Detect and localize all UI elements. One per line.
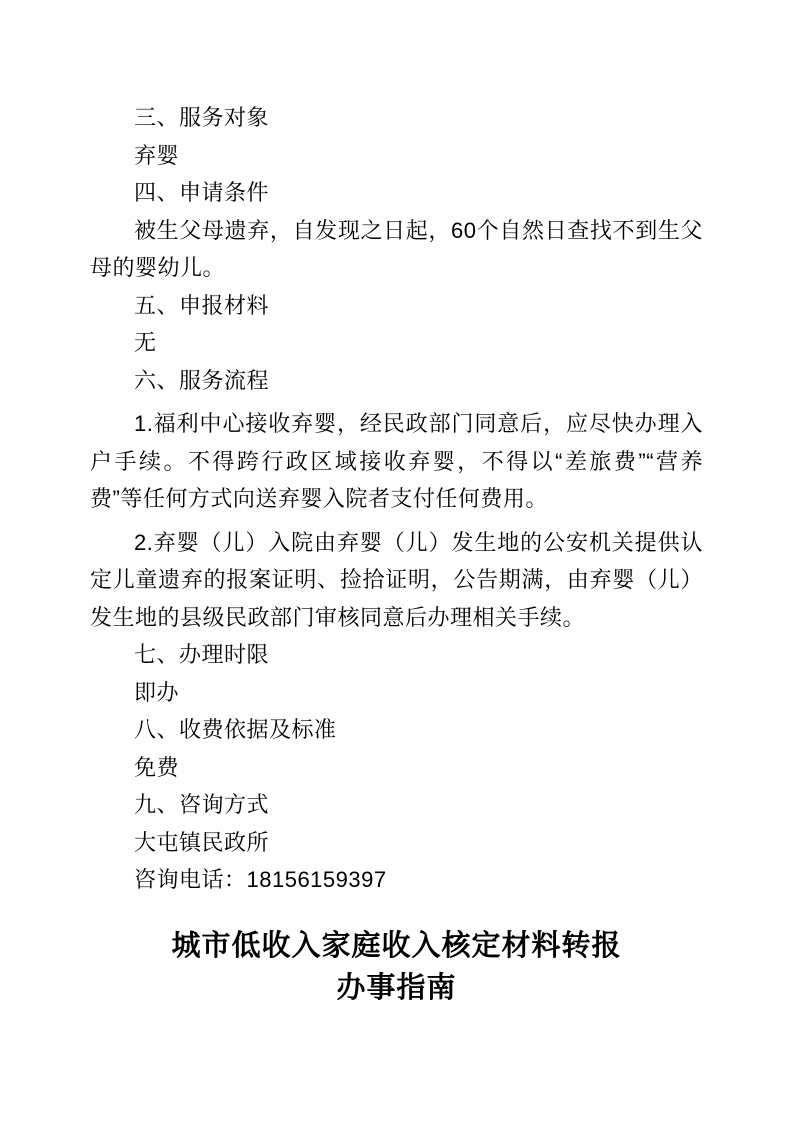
section-heading-application-materials: 五、申报材料 <box>90 287 703 325</box>
body-process-step-1: 1.福利中心接收弃婴，经民政部门同意后，应尽快办理入户手续。不得跨行政区域接收弃… <box>90 405 703 518</box>
body-consultation-office: 大屯镇民政所 <box>90 824 703 862</box>
body-process-step-2: 2.弃婴（儿）入院由弃婴（儿）发生地的公安机关提供认定儿童遗弃的报案证明、捡拾证… <box>90 524 703 637</box>
body-application-conditions: 被生父母遗弃，自发现之日起，60个自然日查找不到生父母的婴幼儿。 <box>90 212 703 287</box>
section-heading-application-conditions: 四、申请条件 <box>90 174 703 212</box>
document-page: 三、服务对象 弃婴 四、申请条件 被生父母遗弃，自发现之日起，60个自然日查找不… <box>0 0 793 1122</box>
next-guide-title-line2: 办事指南 <box>90 967 703 1009</box>
section-heading-consultation-method: 九、咨询方式 <box>90 786 703 824</box>
body-service-target: 弃婴 <box>90 137 703 175</box>
next-guide-title: 城市低收入家庭收入核定材料转报 办事指南 <box>90 925 703 1009</box>
body-processing-time: 即办 <box>90 674 703 712</box>
next-guide-title-line1: 城市低收入家庭收入核定材料转报 <box>90 925 703 967</box>
section-heading-service-process: 六、服务流程 <box>90 362 703 400</box>
section-heading-fee-standard: 八、收费依据及标准 <box>90 711 703 749</box>
body-fee-standard: 免费 <box>90 749 703 787</box>
section-heading-service-target: 三、服务对象 <box>90 99 703 137</box>
section-heading-processing-time: 七、办理时限 <box>90 636 703 674</box>
body-consultation-phone: 咨询电话：18156159397 <box>90 861 703 899</box>
body-application-materials: 无 <box>90 324 703 362</box>
